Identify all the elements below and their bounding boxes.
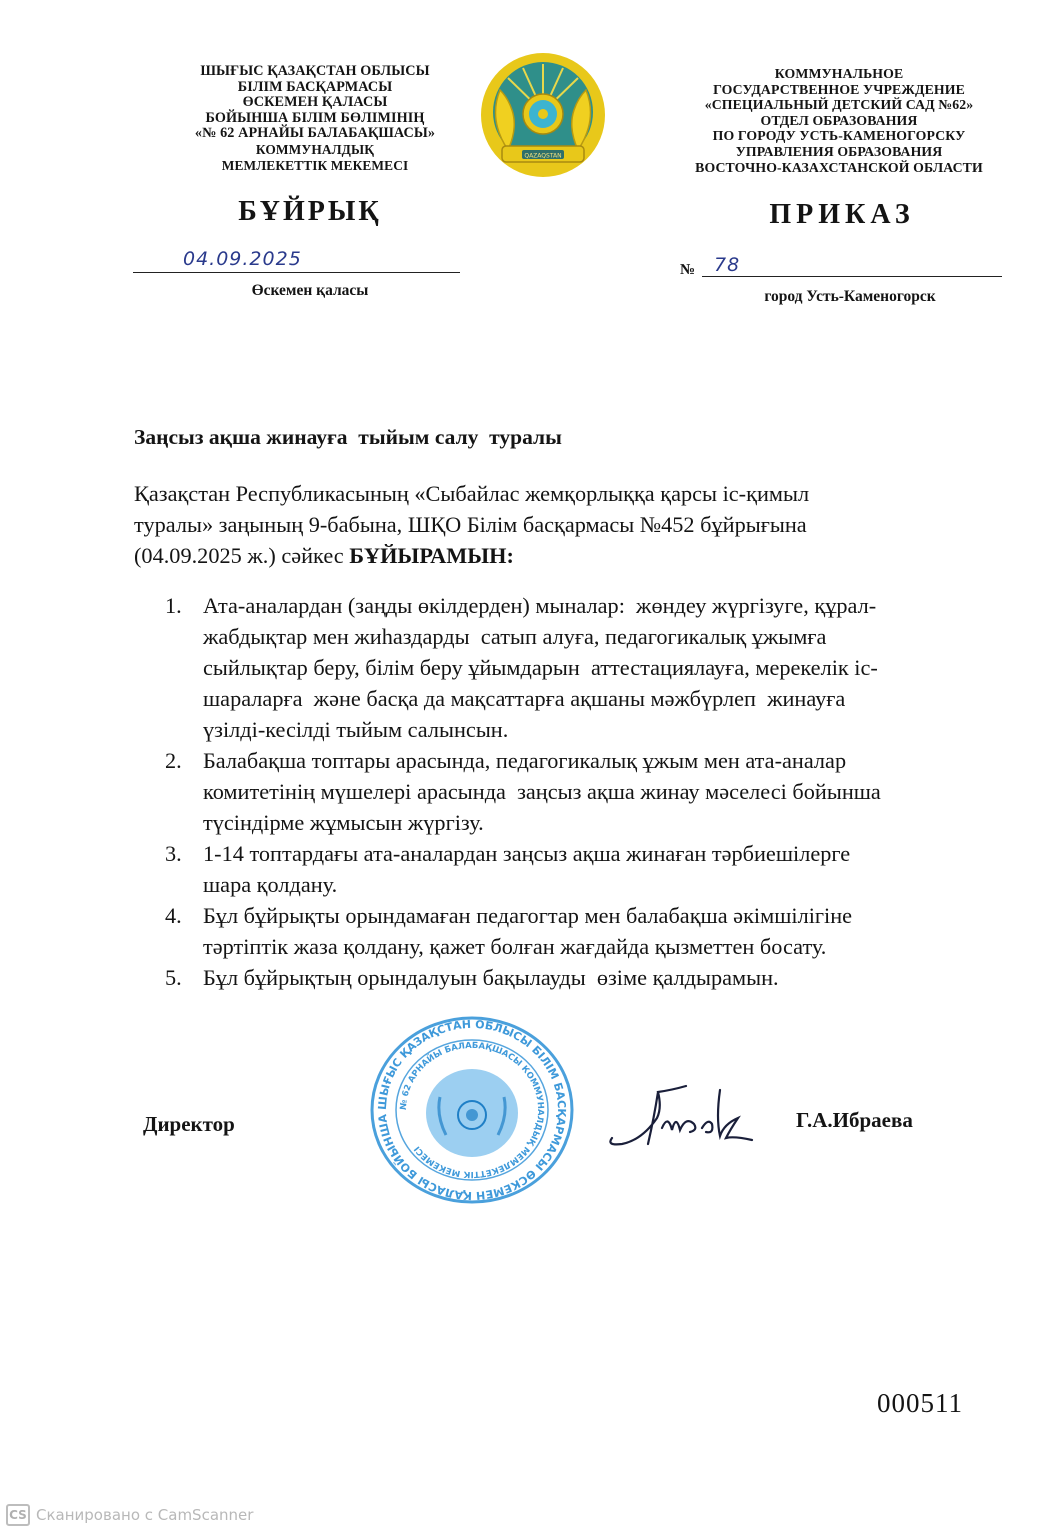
- kz-city-label: Өскемен қаласы: [140, 282, 480, 300]
- ru-header-line: ПО ГОРОДУ УСТЬ-КАМЕНОГОРСКУ: [668, 128, 1010, 144]
- order-item: 1. Ата-аналардан (заңды өкілдерден) мына…: [165, 590, 985, 745]
- order-item-line: жабдықтар мен жиһаздарды сатып алуға, пе…: [203, 621, 985, 652]
- ru-header-line: ВОСТОЧНО-КАЗАХСТАНСКОЙ ОБЛАСТИ: [668, 160, 1010, 176]
- order-item: 4. Бұл бұйрықты орындамаған педагогтар м…: [165, 900, 985, 962]
- director-name: Г.А.Ибраева: [796, 1108, 913, 1133]
- document-serial-number: 000511: [877, 1388, 963, 1419]
- kz-header-line: КОММУНАЛДЫҚ: [150, 142, 480, 158]
- ru-organization-header: КОММУНАЛЬНОЕ ГОСУДАРСТВЕННОЕ УЧРЕЖДЕНИЕ …: [668, 66, 1010, 175]
- preamble-line: Қазақстан Республикасының «Сыбайлас жемқ…: [134, 478, 954, 509]
- order-item-line: тәртіптік жаза қолдану, қажет болған жағ…: [203, 931, 985, 962]
- number-line: 78: [702, 256, 1002, 277]
- ru-header-line: УПРАВЛЕНИЯ ОБРАЗОВАНИЯ: [668, 144, 1010, 160]
- order-item-line: Бұл бұйрықтың орындалуын бақылауды өзіме…: [203, 962, 985, 993]
- kz-header-line: МЕМЛЕКЕТТІК МЕКЕМЕСІ: [150, 158, 480, 174]
- preamble-paragraph: Қазақстан Республикасының «Сыбайлас жемқ…: [134, 478, 954, 571]
- order-item-line: Ата-аналардан (заңды өкілдерден) мыналар…: [203, 590, 985, 621]
- ru-document-type: ПРИКАЗ: [672, 199, 1012, 231]
- handwritten-signature-icon: [602, 1078, 762, 1158]
- date-field: 04.09.2025: [133, 252, 460, 273]
- kz-header-line: «№ 62 АРНАЙЫ БАЛАБАҚШАСЫ»: [150, 126, 480, 142]
- order-item-line: 1-14 топтардағы ата-аналардан заңсыз ақш…: [203, 838, 985, 869]
- order-item-line: сыйлықтар беру, білім беру ұйымдарын атт…: [203, 652, 985, 683]
- order-item-number: 5.: [165, 962, 182, 993]
- order-item-number: 3.: [165, 838, 182, 869]
- ru-header-line: ОТДЕЛ ОБРАЗОВАНИЯ: [668, 113, 1010, 129]
- order-items-list: 1. Ата-аналардан (заңды өкілдерден) мына…: [165, 590, 985, 993]
- kz-header-line: ШЫҒЫС ҚАЗАҚСТАН ОБЛЫСЫ: [150, 64, 480, 80]
- kz-header-line: БІЛІМ БАСҚАРМАСЫ: [150, 80, 480, 96]
- watermark-text: Сканировано с CamScanner: [36, 1506, 253, 1524]
- order-item-number: 2.: [165, 745, 182, 776]
- order-directive-word: БҰЙЫРАМЫН:: [349, 543, 514, 568]
- kz-document-type: БҰЙРЫҚ: [140, 196, 480, 228]
- preamble-line: туралы» заңының 9-бабына, ШҚО Білім басқ…: [134, 509, 954, 540]
- order-item-line: Бұл бұйрықты орындамаған педагогтар мен …: [203, 900, 985, 931]
- ru-header-line: ГОСУДАРСТВЕННОЕ УЧРЕЖДЕНИЕ: [668, 82, 1010, 98]
- official-round-stamp-icon: ШЫҒЫС ҚАЗАҚСТАН ОБЛЫСЫ БІЛІМ БАСҚАРМАСЫ …: [368, 1015, 576, 1205]
- handwritten-date: 04.09.2025: [183, 248, 302, 270]
- number-sign-label: №: [680, 262, 695, 279]
- document-title: Заңсыз ақша жинауға тыйым салу туралы: [134, 425, 562, 450]
- camscanner-watermark: CS Сканировано с CamScanner: [6, 1504, 253, 1526]
- ru-header-line: КОММУНАЛЬНОЕ: [668, 66, 1010, 82]
- order-item-number: 4.: [165, 900, 182, 931]
- order-item: 2. Балабақша топтары арасында, педагогик…: [165, 745, 985, 838]
- kazakhstan-state-emblem-icon: QAZAQSTAN: [478, 50, 608, 180]
- preamble-line: (04.09.2025 ж.) сәйкес БҰЙЫРАМЫН:: [134, 540, 954, 571]
- order-item-line: түсіндірме жұмысын жүргізу.: [203, 807, 985, 838]
- order-item-line: комитетінің мүшелері арасында заңсыз ақш…: [203, 776, 985, 807]
- order-number-field: № 78: [680, 256, 1005, 280]
- order-item-number: 1.: [165, 590, 182, 621]
- order-item: 5. Бұл бұйрықтың орындалуын бақылауды өз…: [165, 962, 985, 993]
- ru-header-line: «СПЕЦИАЛЬНЫЙ ДЕТСКИЙ САД №62»: [668, 97, 1010, 113]
- ru-city-label: город Усть-Каменогорск: [700, 288, 1000, 306]
- kz-organization-header: ШЫҒЫС ҚАЗАҚСТАН ОБЛЫСЫ БІЛІМ БАСҚАРМАСЫ …: [150, 64, 480, 173]
- kz-header-line: ӨСКЕМЕН ҚАЛАСЫ: [150, 95, 480, 111]
- preamble-line-prefix: (04.09.2025 ж.) сәйкес: [134, 543, 349, 568]
- order-item-line: шара қолдану.: [203, 869, 985, 900]
- order-item-line: Балабақша топтары арасында, педагогикалы…: [203, 745, 985, 776]
- camscanner-logo-icon: CS: [6, 1504, 30, 1526]
- director-position-label: Директор: [143, 1112, 235, 1137]
- svg-text:QAZAQSTAN: QAZAQSTAN: [524, 153, 561, 160]
- order-item-line: шараларға және басқа да мақсаттарға ақша…: [203, 683, 985, 714]
- handwritten-order-number: 78: [714, 254, 740, 276]
- order-item: 3. 1-14 топтардағы ата-аналардан заңсыз …: [165, 838, 985, 900]
- order-item-line: үзілді-кесілді тыйым салынсын.: [203, 714, 985, 745]
